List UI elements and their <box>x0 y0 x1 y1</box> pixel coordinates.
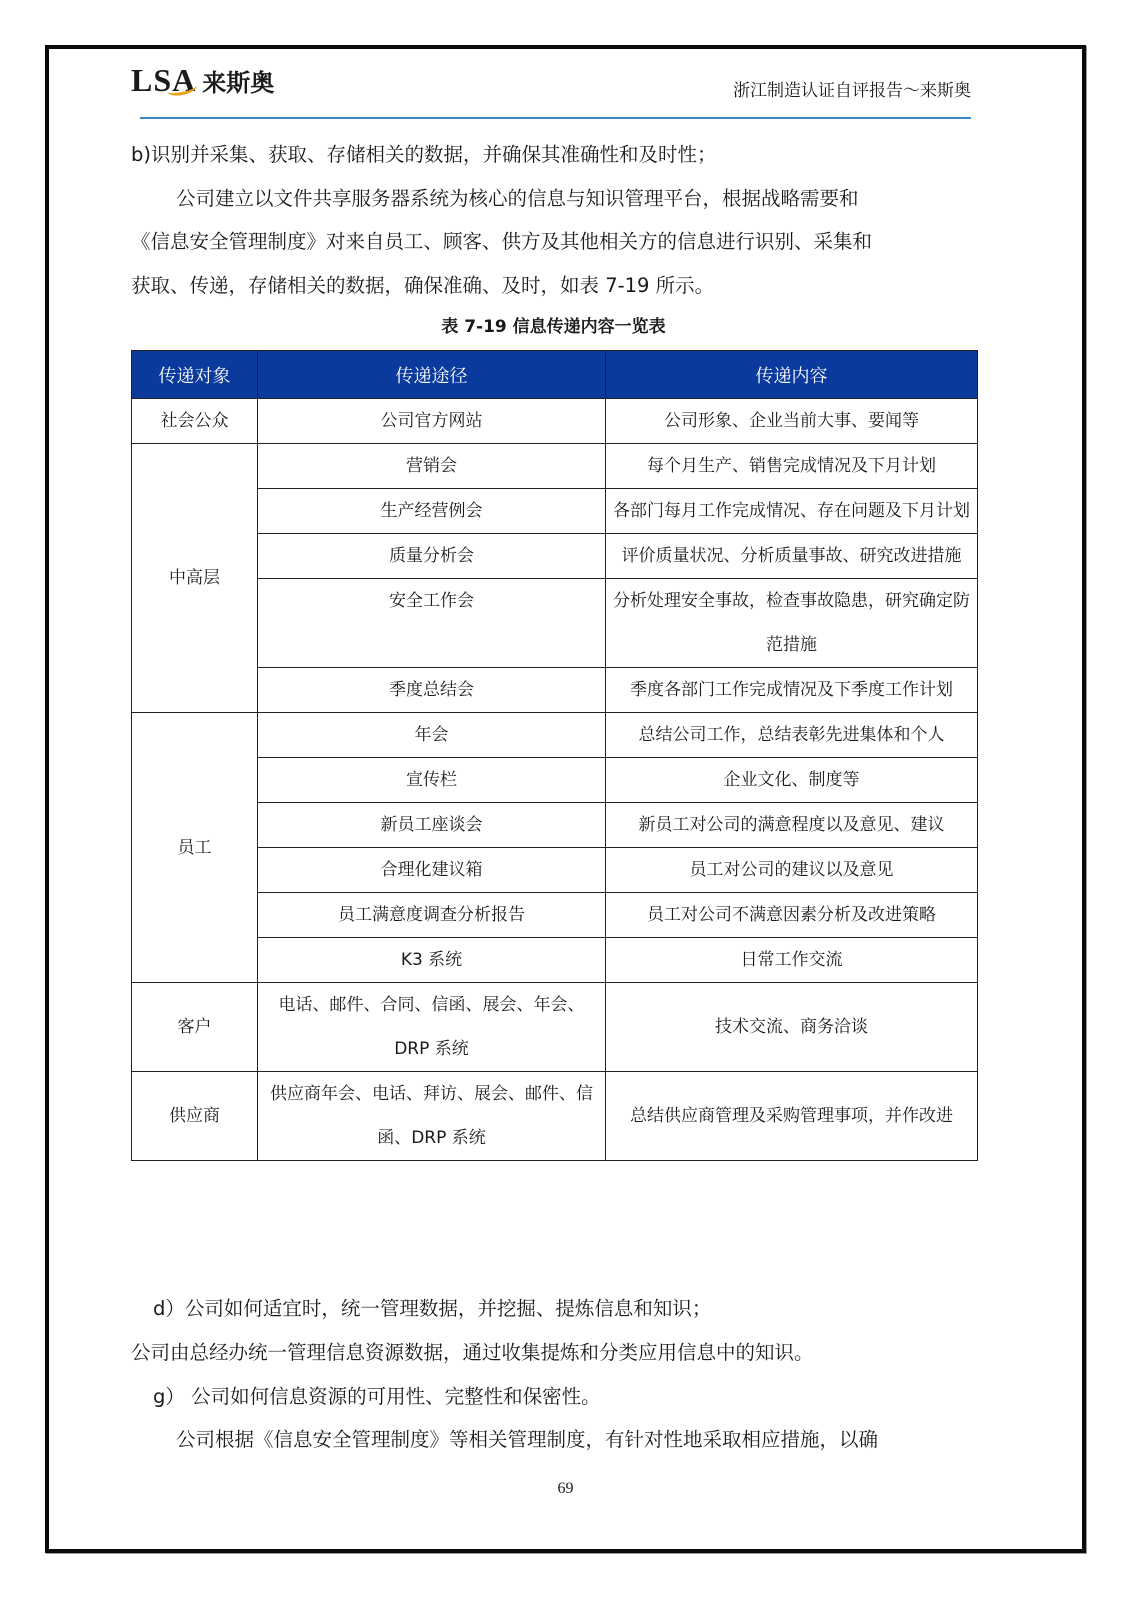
content-cell: 公司形象、企业当前大事、要闻等 <box>606 399 978 444</box>
header-divider <box>140 117 971 119</box>
target-cell: 供应商 <box>132 1072 258 1161</box>
table-row: 宣传栏 企业文化、制度等 <box>132 758 978 803</box>
table-row: 社会公众 公司官方网站 公司形象、企业当前大事、要闻等 <box>132 399 978 444</box>
table-row: 员工 年会 总结公司工作，总结表彰先进集体和个人 <box>132 713 978 758</box>
table-row: 供应商 供应商年会、电话、拜访、展会、邮件、信函、DRP 系统 总结供应商管理及… <box>132 1072 978 1161</box>
content-cell: 分析处理安全事故，检查事故隐患，研究确定防范措施 <box>606 579 978 668</box>
channel-cell: 营销会 <box>258 444 606 489</box>
table-row: K3 系统 日常工作交流 <box>132 938 978 983</box>
channel-cell: 新员工座谈会 <box>258 803 606 848</box>
table-row: 客户 电话、邮件、合同、信函、展会、年会、DRP 系统 技术交流、商务洽谈 <box>132 983 978 1072</box>
content-cell: 每个月生产、销售完成情况及下月计划 <box>606 444 978 489</box>
column-header-channel: 传递途径 <box>258 351 606 399</box>
paragraph-g: g） 公司如何信息资源的可用性、完整性和保密性。 <box>153 1375 1003 1419</box>
table-row: 质量分析会 评价质量状况、分析质量事故、研究改进措施 <box>132 534 978 579</box>
target-cell: 社会公众 <box>132 399 258 444</box>
paragraph-d: d）公司如何适宜时，统一管理数据，并挖掘、提炼信息和知识； <box>153 1287 1003 1331</box>
channel-cell: 合理化建议箱 <box>258 848 606 893</box>
content-cell: 员工对公司的建议以及意见 <box>606 848 978 893</box>
page-number: 69 <box>0 1480 1131 1498</box>
channel-cell: 公司官方网站 <box>258 399 606 444</box>
paragraph-line: 公司建立以文件共享服务器系统为核心的信息与知识管理平台，根据战略需要和 <box>131 177 981 221</box>
channel-cell: 生产经营例会 <box>258 489 606 534</box>
table-row: 新员工座谈会 新员工对公司的满意程度以及意见、建议 <box>132 803 978 848</box>
channel-cell: 质量分析会 <box>258 534 606 579</box>
table-caption: 表 7-19 信息传递内容一览表 <box>131 312 976 337</box>
logo-cn-text: 来斯奥 <box>202 63 274 98</box>
table-row: 安全工作会 分析处理安全事故，检查事故隐患，研究确定防范措施 <box>132 579 978 668</box>
content-cell: 新员工对公司的满意程度以及意见、建议 <box>606 803 978 848</box>
content-cell: 技术交流、商务洽谈 <box>606 983 978 1072</box>
content-cell: 评价质量状况、分析质量事故、研究改进措施 <box>606 534 978 579</box>
info-transfer-table: 传递对象 传递途径 传递内容 社会公众 公司官方网站 公司形象、企业当前大事、要… <box>131 350 978 1161</box>
channel-cell: 安全工作会 <box>258 579 606 668</box>
content-cell: 日常工作交流 <box>606 938 978 983</box>
content-cell: 季度各部门工作完成情况及下季度工作计划 <box>606 668 978 713</box>
paragraph-b: b)识别并采集、获取、存储相关的数据，并确保其准确性和及时性； <box>131 133 981 177</box>
channel-cell: K3 系统 <box>258 938 606 983</box>
table-header-row: 传递对象 传递途径 传递内容 <box>132 351 978 399</box>
channel-cell: 供应商年会、电话、拜访、展会、邮件、信函、DRP 系统 <box>258 1072 606 1161</box>
paragraph-line: 《信息安全管理制度》对来自员工、顾客、供方及其他相关方的信息进行识别、采集和 <box>131 220 981 264</box>
target-cell: 中高层 <box>132 444 258 713</box>
channel-cell: 电话、邮件、合同、信函、展会、年会、DRP 系统 <box>258 983 606 1072</box>
table-row: 合理化建议箱 员工对公司的建议以及意见 <box>132 848 978 893</box>
company-logo: LSA 来斯奥 <box>131 62 274 99</box>
content-cell: 各部门每月工作完成情况、存在问题及下月计划 <box>606 489 978 534</box>
table-row: 季度总结会 季度各部门工作完成情况及下季度工作计划 <box>132 668 978 713</box>
channel-cell: 员工满意度调查分析报告 <box>258 893 606 938</box>
content-cell: 总结供应商管理及采购管理事项，并作改进 <box>606 1072 978 1161</box>
table-row: 生产经营例会 各部门每月工作完成情况、存在问题及下月计划 <box>132 489 978 534</box>
content-cell: 员工对公司不满意因素分析及改进策略 <box>606 893 978 938</box>
table-row: 中高层 营销会 每个月生产、销售完成情况及下月计划 <box>132 444 978 489</box>
content-cell: 企业文化、制度等 <box>606 758 978 803</box>
target-cell: 员工 <box>132 713 258 983</box>
column-header-target: 传递对象 <box>132 351 258 399</box>
channel-cell: 年会 <box>258 713 606 758</box>
paragraph-line: 获取、传递，存储相关的数据，确保准确、及时，如表 7-19 所示。 <box>131 264 981 308</box>
channel-cell: 季度总结会 <box>258 668 606 713</box>
column-header-content: 传递内容 <box>606 351 978 399</box>
document-header-title: 浙江制造认证自评报告～来斯奥 <box>733 76 971 101</box>
channel-cell: 宣传栏 <box>258 758 606 803</box>
target-cell: 客户 <box>132 983 258 1072</box>
content-cell: 总结公司工作，总结表彰先进集体和个人 <box>606 713 978 758</box>
table-row: 员工满意度调查分析报告 员工对公司不满意因素分析及改进策略 <box>132 893 978 938</box>
paragraph-line: 公司根据《信息安全管理制度》等相关管理制度，有针对性地采取相应措施，以确 <box>131 1418 981 1462</box>
paragraph-line: 公司由总经办统一管理信息资源数据，通过收集提炼和分类应用信息中的知识。 <box>131 1331 981 1375</box>
